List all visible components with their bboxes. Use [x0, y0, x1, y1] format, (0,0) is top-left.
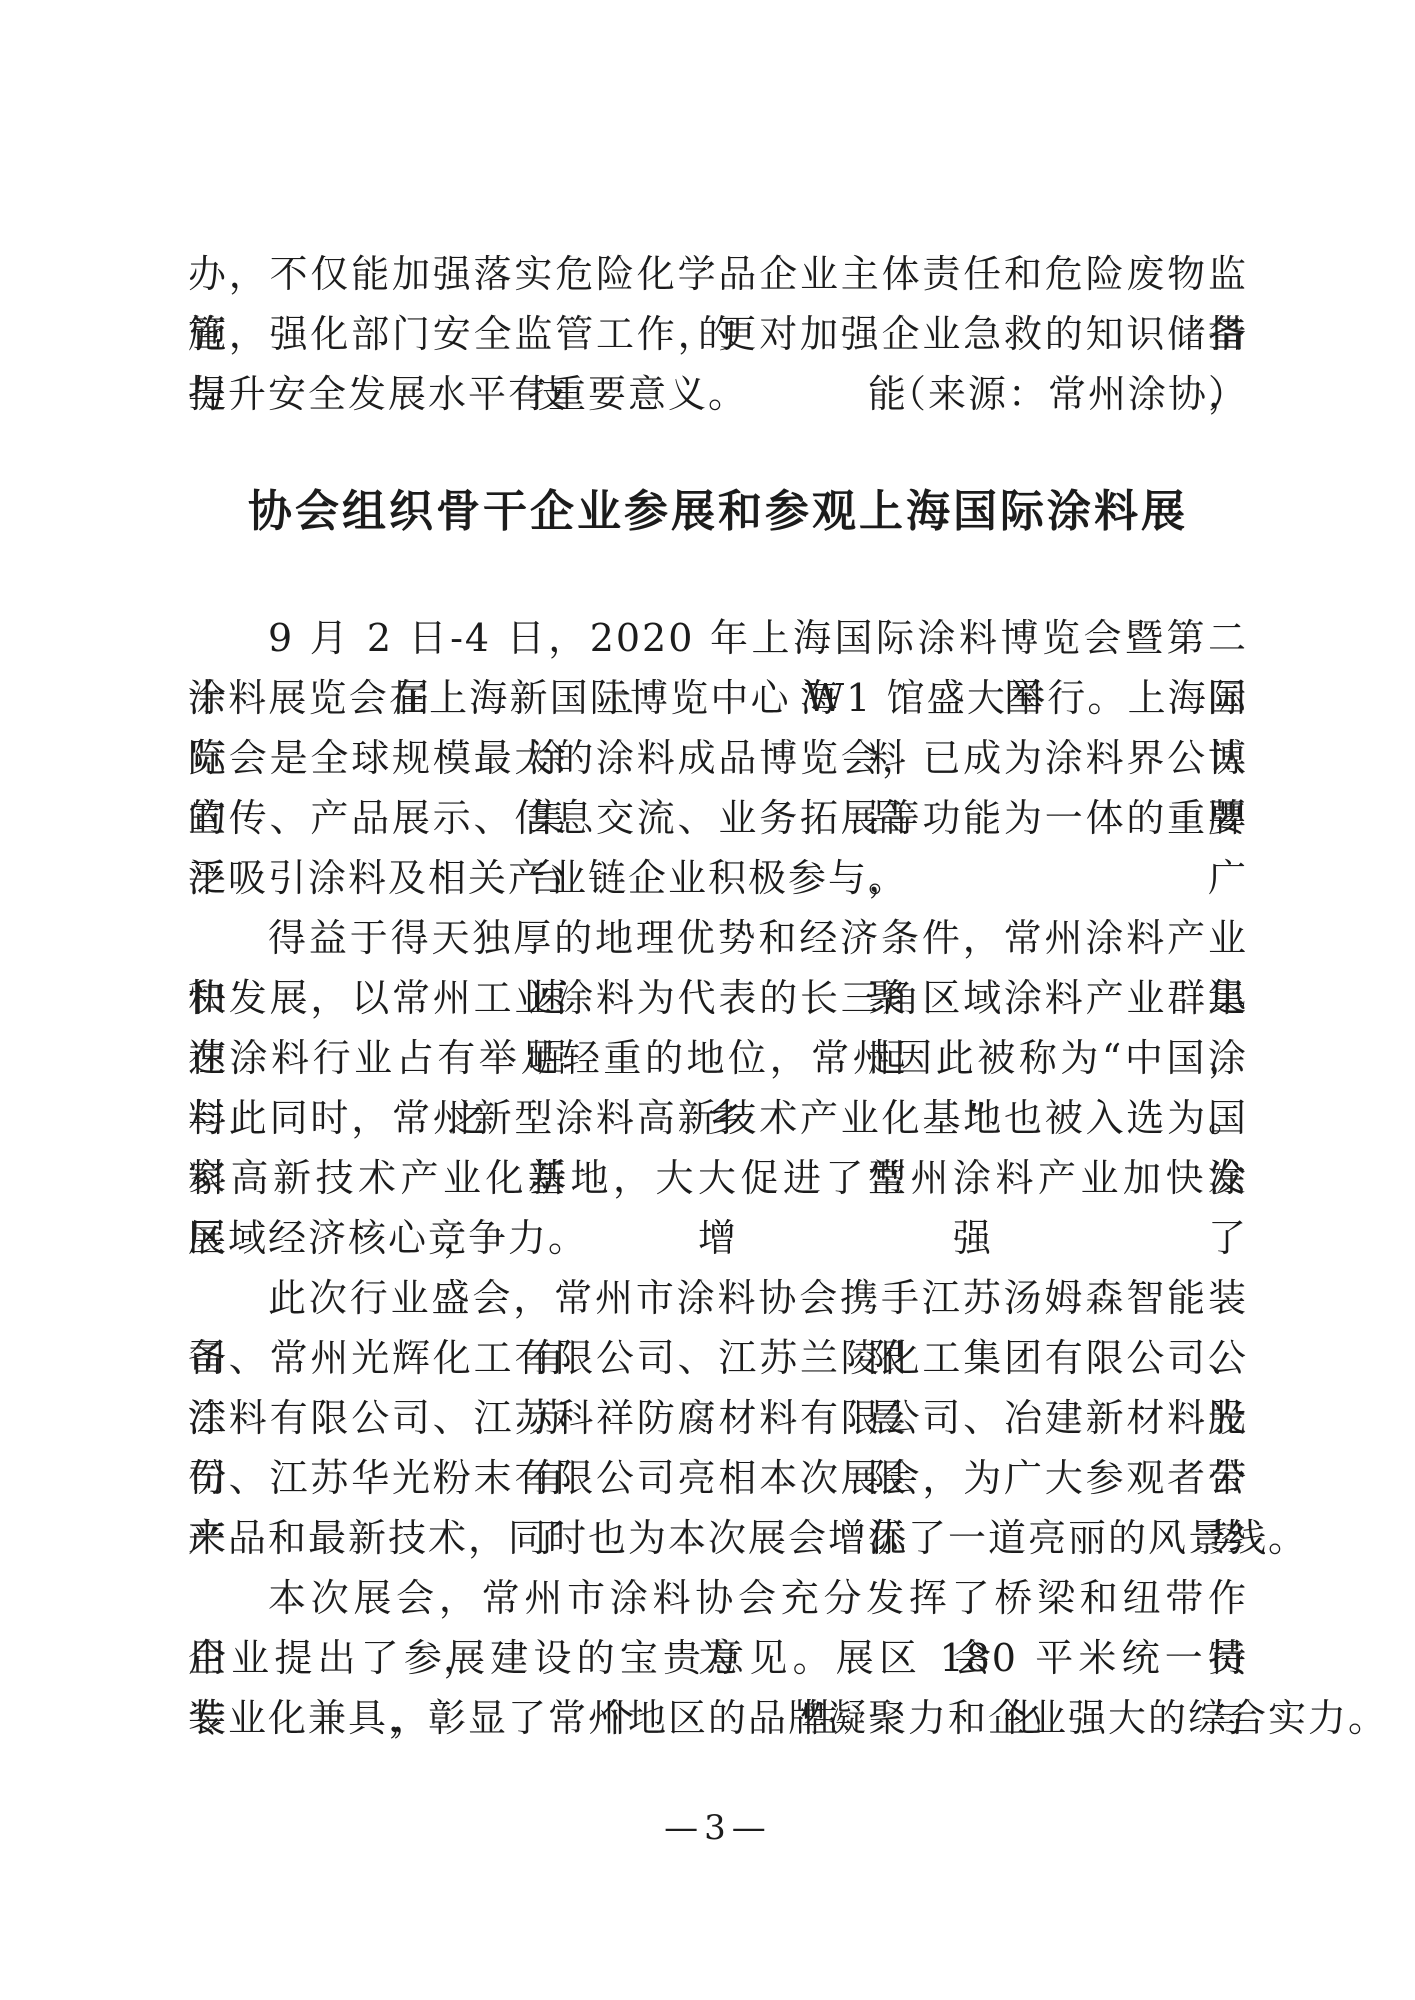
body-line: 和发展，以常州工业涂料为代表的长三角区域涂料产业群迅速崛起， — [188, 968, 1248, 1028]
body-line: 司、常州光辉化工有限公司、江苏兰陵化工集团有限公司、江苏晨光 — [188, 1328, 1248, 1388]
body-line: 此次行业盛会，常州市涂料协会携手江苏汤姆森智能装备有限公 — [188, 1268, 1248, 1328]
article-paragraph: 本次展会，常州市涂料协会充分发挥了桥梁和纽带作用，为会员 企业提出了参展建设的宝… — [188, 1568, 1248, 1748]
body-line: 料高新技术产业化基地，大大促进了常州涂料产业加快发展，增强了 — [188, 1148, 1248, 1208]
source-attribution: （来源：常州涂协） — [888, 364, 1248, 424]
article-paragraph: 得益于得天独厚的地理优势和经济条件，常州涂料产业快速聚集 和发展，以常州工业涂料… — [188, 908, 1248, 1268]
body-line: 涂料有限公司、江苏科祥防腐材料有限公司、冶建新材料股份有限公 — [188, 1388, 1248, 1448]
article-paragraph: 此次行业盛会，常州市涂料协会携手江苏汤姆森智能装备有限公 司、常州光辉化工有限公… — [188, 1268, 1248, 1568]
body-line-with-source: 提升安全发展水平有重要意义。 （来源：常州涂协） — [188, 364, 1248, 424]
body-line: 司、江苏华光粉末有限公司亮相本次展会，为广大参观者带来了优势 — [188, 1448, 1248, 1508]
body-line: 办，不仅能加强落实危险化学品企业主体责任和危险废物监管的措 — [188, 244, 1248, 304]
page-number: —3— — [188, 1806, 1248, 1850]
article-paragraph: 9 月 2 日-4 日，2020 年上海国际涂料博览会暨第二十届上海国际 涂料展… — [188, 608, 1248, 908]
body-line: 得益于得天独厚的地理优势和经济条件，常州涂料产业快速聚集 — [188, 908, 1248, 968]
body-line: 宣传、产品展示、信息交流、业务拓展等功能为一体的重要平台，广 — [188, 788, 1248, 848]
body-line: 览会是全球规模最大的涂料成品博览会，已成为涂料界公认的集品牌 — [188, 728, 1248, 788]
body-line-text: 提升安全发展水平有重要意义。 — [188, 364, 748, 424]
document-page: 办，不仅能加强落实危险化学品企业主体责任和危险废物监管的措 施，强化部门安全监管… — [0, 0, 1415, 2000]
body-line: 产品和最新技术，同时也为本次展会增添了一道亮丽的风景线。 — [188, 1508, 1248, 1568]
body-line: 在涂料行业占有举足轻重的地位，常州因此被称为“中国涂料之乡”。 — [188, 1028, 1248, 1088]
body-line: 涂料展览会在上海新国际博览中心 W1 馆盛大举行。上海国际涂料博 — [188, 668, 1248, 728]
body-line: 与此同时，常州新型涂料高新技术产业化基地也被入选为国家新型涂 — [188, 1088, 1248, 1148]
body-line: 企业提出了参展建设的宝贵意见。展区 180 平米统一特装，个性化与 — [188, 1628, 1248, 1688]
body-line: 施，强化部门安全监管工作，更对加强企业急救的知识储备与技能， — [188, 304, 1248, 364]
document-body: 办，不仅能加强落实危险化学品企业主体责任和危险废物监管的措 施，强化部门安全监管… — [188, 0, 1248, 1850]
article-title: 协会组织骨干企业参展和参观上海国际涂料展 — [188, 476, 1248, 548]
body-line: 专业化兼具，彰显了常州地区的品牌凝聚力和企业强大的综合实力。 — [188, 1688, 1248, 1748]
body-line: 本次展会，常州市涂料协会充分发挥了桥梁和纽带作用，为会员 — [188, 1568, 1248, 1628]
previous-article-paragraph: 办，不仅能加强落实危险化学品企业主体责任和危险废物监管的措 施，强化部门安全监管… — [188, 244, 1248, 424]
body-line: 9 月 2 日-4 日，2020 年上海国际涂料博览会暨第二十届上海国际 — [188, 608, 1248, 668]
